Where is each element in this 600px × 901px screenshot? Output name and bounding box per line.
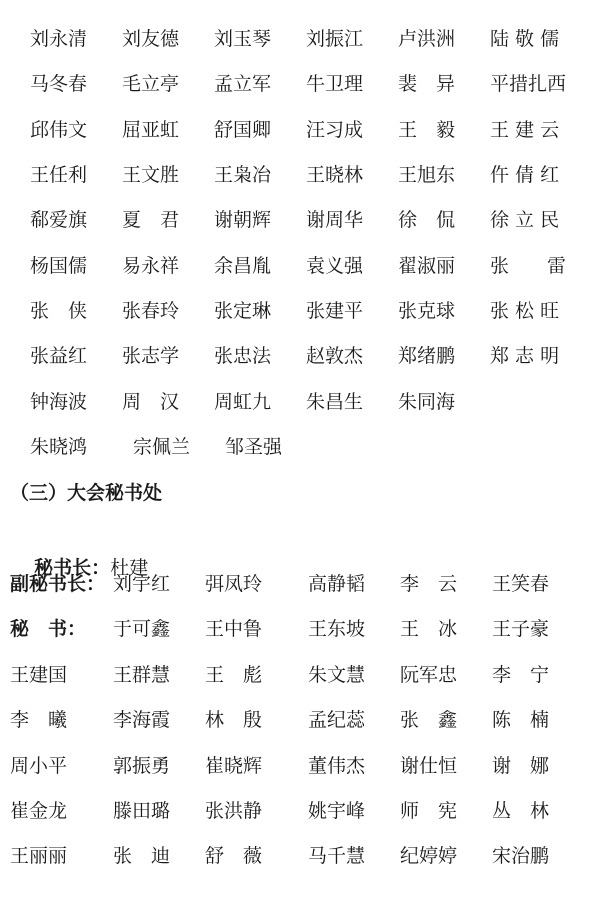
secretary-general-line: 秘书长：杜建 xyxy=(10,523,148,613)
name-row: 钟海波 周 汉 周虹九 朱昌生 朱同海 xyxy=(0,387,600,417)
name: 刘永清 xyxy=(30,24,87,54)
name: 刘玉琴 xyxy=(214,24,271,54)
name: 张志学 xyxy=(122,341,179,371)
name: 陈 楠 xyxy=(492,705,549,735)
name: 王枭冶 xyxy=(214,160,271,190)
name: 张洪静 xyxy=(205,796,262,826)
name: 谢仕恒 xyxy=(400,751,457,781)
name: 丛 林 xyxy=(492,796,549,826)
name: 崔晓辉 xyxy=(205,751,262,781)
name: 孟纪蕊 xyxy=(308,705,365,735)
name: 张 雷 xyxy=(490,251,566,281)
name: 纪婷婷 xyxy=(400,841,457,871)
name: 牛卫理 xyxy=(306,69,363,99)
name: 王文胜 xyxy=(122,160,179,190)
name: 陆 敬 儒 xyxy=(490,24,559,54)
name: 平措扎西 xyxy=(490,69,566,99)
name: 李 宁 xyxy=(492,660,549,690)
name: 张建平 xyxy=(306,296,363,326)
name: 仵 倩 红 xyxy=(490,160,559,190)
name: 裴 异 xyxy=(398,69,455,99)
name: 王 冰 xyxy=(400,614,457,644)
name: 郑 志 明 xyxy=(490,341,559,371)
name-row: 崔金龙 滕田璐 张洪静 姚宇峰 师 宪 丛 林 xyxy=(0,796,600,826)
name: 舒 薇 xyxy=(205,841,262,871)
name: 张春玲 xyxy=(122,296,179,326)
name: 王丽丽 xyxy=(10,841,67,871)
name: 刘振江 xyxy=(306,24,363,54)
name: 滕田璐 xyxy=(113,796,170,826)
name: 张 侠 xyxy=(30,296,87,326)
name: 谢周华 xyxy=(306,205,363,235)
name: 张忠法 xyxy=(214,341,271,371)
name-row: 周小平 郭振勇 崔晓辉 董伟杰 谢仕恒 谢 娜 xyxy=(0,751,600,781)
name: 姚宇峰 xyxy=(308,796,365,826)
name: 郑绪鹏 xyxy=(398,341,455,371)
name: 李 曦 xyxy=(10,705,67,735)
section-title: （三）大会秘书处 xyxy=(10,478,162,508)
name: 周小平 xyxy=(10,751,67,781)
name: 郗爱旗 xyxy=(30,205,87,235)
name: 杨国儒 xyxy=(30,251,87,281)
name: 钟海波 xyxy=(30,387,87,417)
name: 余昌胤 xyxy=(214,251,271,281)
name-row: 李 曦 李海霞 林 殷 孟纪蕊 张 鑫 陈 楠 xyxy=(0,705,600,735)
name: 周 汉 xyxy=(122,387,179,417)
name: 舒国卿 xyxy=(214,115,271,145)
name: 李海霞 xyxy=(113,705,170,735)
name: 汪习成 xyxy=(306,115,363,145)
secretary-row: 秘 书： 于可鑫 王中鲁 王东坡 王 冰 王子豪 xyxy=(0,614,600,644)
name: 徐 立 民 xyxy=(490,205,559,235)
name-row: 王任利 王文胜 王枭冶 王晓林 王旭东 仵 倩 红 xyxy=(0,160,600,190)
name-row: 邱伟文 屈亚虹 舒国卿 汪习成 王 毅 王 建 云 xyxy=(0,115,600,145)
name: 朱文慧 xyxy=(308,660,365,690)
name: 谢朝辉 xyxy=(214,205,271,235)
name: 张益红 xyxy=(30,341,87,371)
name-row: 郗爱旗 夏 君 谢朝辉 谢周华 徐 侃 徐 立 民 xyxy=(0,205,600,235)
name: 王 毅 xyxy=(398,115,455,145)
name: 王子豪 xyxy=(492,614,549,644)
name: 王笑春 xyxy=(492,569,549,599)
name: 李 云 xyxy=(400,569,457,599)
name: 易永祥 xyxy=(122,251,179,281)
name: 王建国 xyxy=(10,660,67,690)
name: 王旭东 xyxy=(398,160,455,190)
name: 王中鲁 xyxy=(205,614,262,644)
name: 张克球 xyxy=(398,296,455,326)
name: 谢 娜 xyxy=(492,751,549,781)
name: 屈亚虹 xyxy=(122,115,179,145)
name: 于可鑫 xyxy=(113,614,170,644)
name: 卢洪洲 xyxy=(398,24,455,54)
name: 宗佩兰 xyxy=(133,432,190,462)
name: 师 宪 xyxy=(400,796,457,826)
name: 郭振勇 xyxy=(113,751,170,781)
name: 宋治鹏 xyxy=(492,841,549,871)
name: 邹圣强 xyxy=(225,432,282,462)
name: 周虹九 xyxy=(214,387,271,417)
name: 邱伟文 xyxy=(30,115,87,145)
name-row: 王丽丽 张 迪 舒 薇 马千慧 纪婷婷 宋治鹏 xyxy=(0,841,600,871)
name-row: 王建国 王群慧 王 彪 朱文慧 阮军忠 李 宁 xyxy=(0,660,600,690)
name-row: 朱晓鸿 宗佩兰 邹圣强 xyxy=(0,432,600,462)
name: 翟淑丽 xyxy=(398,251,455,281)
name: 董伟杰 xyxy=(308,751,365,781)
document-page: 刘永清 刘友德 刘玉琴 刘振江 卢洪洲 陆 敬 儒 马冬春 毛立亭 孟立军 牛卫… xyxy=(0,0,600,901)
name: 朱晓鸿 xyxy=(30,432,87,462)
name: 马冬春 xyxy=(30,69,87,99)
deputy-label: 副秘书长： xyxy=(10,569,105,599)
deputy-row: 副秘书长： 刘宇红 弭凤玲 高静韬 李 云 王笑春 xyxy=(0,569,600,599)
name-row: 杨国儒 易永祥 余昌胤 袁义强 翟淑丽 张 雷 xyxy=(0,251,600,281)
name: 弭凤玲 xyxy=(205,569,262,599)
name: 刘宇红 xyxy=(113,569,170,599)
name: 刘友德 xyxy=(122,24,179,54)
secretary-label: 秘 书： xyxy=(10,614,86,644)
name: 王 建 云 xyxy=(490,115,559,145)
name: 毛立亭 xyxy=(122,69,179,99)
name: 阮军忠 xyxy=(400,660,457,690)
name: 林 殷 xyxy=(205,705,262,735)
name: 高静韬 xyxy=(308,569,365,599)
name: 张 松 旺 xyxy=(490,296,559,326)
name: 朱同海 xyxy=(398,387,455,417)
name: 夏 君 xyxy=(122,205,179,235)
name: 张 鑫 xyxy=(400,705,457,735)
name: 朱昌生 xyxy=(306,387,363,417)
name: 徐 侃 xyxy=(398,205,455,235)
name: 张定琳 xyxy=(214,296,271,326)
name: 张 迪 xyxy=(113,841,170,871)
name-row: 张 侠 张春玲 张定琳 张建平 张克球 张 松 旺 xyxy=(0,296,600,326)
name: 马千慧 xyxy=(308,841,365,871)
name: 孟立军 xyxy=(214,69,271,99)
name-row: 张益红 张志学 张忠法 赵敦杰 郑绪鹏 郑 志 明 xyxy=(0,341,600,371)
name: 王 彪 xyxy=(205,660,262,690)
name: 袁义强 xyxy=(306,251,363,281)
name: 崔金龙 xyxy=(10,796,67,826)
name: 王群慧 xyxy=(113,660,170,690)
name: 王东坡 xyxy=(308,614,365,644)
name-row: 马冬春 毛立亭 孟立军 牛卫理 裴 异 平措扎西 xyxy=(0,69,600,99)
name: 王晓林 xyxy=(306,160,363,190)
name-row: 刘永清 刘友德 刘玉琴 刘振江 卢洪洲 陆 敬 儒 xyxy=(0,24,600,54)
name: 赵敦杰 xyxy=(306,341,363,371)
name: 王任利 xyxy=(30,160,87,190)
